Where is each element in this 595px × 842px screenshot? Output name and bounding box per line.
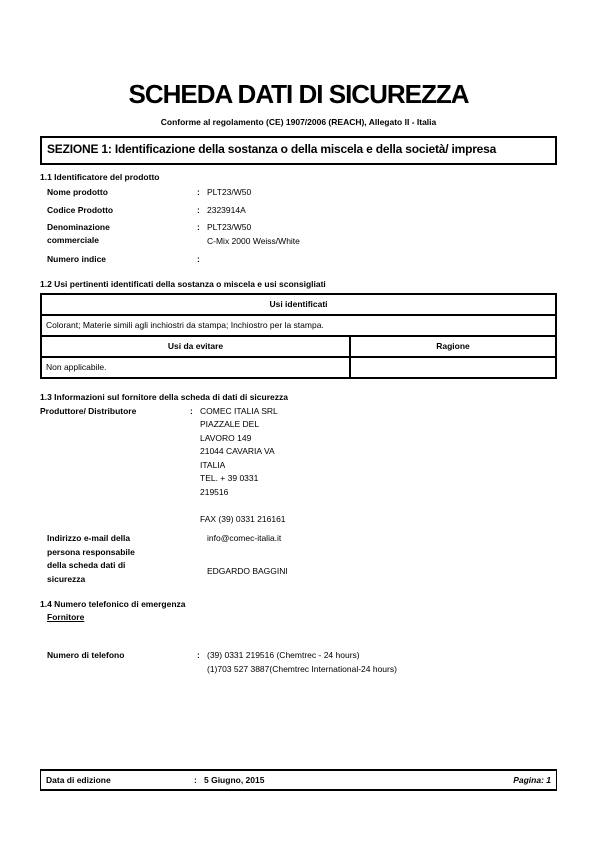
colon-separator: : bbox=[197, 204, 207, 217]
value-line: C-Mix 2000 Weiss/White bbox=[207, 235, 557, 249]
address-line: COMEC ITALIA SRL bbox=[200, 405, 557, 419]
field-numero-indice: Numero indice : bbox=[47, 253, 557, 266]
emergency-phone-block: (39) 0331 219516 (Chemtrec - 24 hours) (… bbox=[207, 649, 557, 676]
value-line: PLT23/W50 bbox=[207, 221, 557, 235]
section-1-heading-text: SEZIONE 1: Identificazione della sostanz… bbox=[47, 142, 496, 156]
subsection-1-2-heading: 1.2 Usi pertinenti identificati della so… bbox=[40, 279, 557, 289]
field-nome-prodotto: Nome prodotto : PLT23/W50 bbox=[47, 186, 557, 199]
field-value: PLT23/W50 C-Mix 2000 Weiss/White bbox=[207, 221, 557, 248]
field-label: Produttore/ Distributore bbox=[40, 405, 190, 418]
address-line: PIAZZALE DEL bbox=[200, 418, 557, 432]
field-label: Indirizzo e-mail della persona responsab… bbox=[47, 532, 197, 586]
responsible-person-name: EDGARDO BAGGINI bbox=[207, 565, 557, 579]
edition-date-value: 5 Giugno, 2015 bbox=[204, 775, 264, 785]
table-row: Colorant; Materie simili agli inchiostri… bbox=[41, 315, 556, 336]
field-value: PLT23/W50 bbox=[207, 186, 557, 199]
field-codice-prodotto: Codice Prodotto : 2323914A bbox=[47, 204, 557, 217]
field-numero-di-telefono: Numero di telefono : (39) 0331 219516 (C… bbox=[47, 649, 557, 676]
page-number: Pagina: 1 bbox=[513, 775, 551, 785]
sds-document-page: SCHEDA DATI DI SICUREZZA Conforme al reg… bbox=[0, 0, 595, 842]
subsection-1-4-heading: 1.4 Numero telefonico di emergenza bbox=[40, 599, 557, 609]
address-line: LAVORO 149 bbox=[200, 432, 557, 446]
uses-to-avoid-header-cell: Usi da evitare bbox=[41, 336, 350, 357]
address-line-blank bbox=[200, 499, 557, 513]
supplier-subheading: Fornitore bbox=[47, 612, 557, 622]
field-label: Numero indice bbox=[47, 253, 197, 266]
field-denominazione-commerciale: Denominazione commerciale : PLT23/W50 C-… bbox=[47, 221, 557, 248]
field-label: Codice Prodotto bbox=[47, 204, 197, 217]
page-title: SCHEDA DATI DI SICUREZZA bbox=[40, 80, 557, 109]
phone-line: (1)703 527 3887(Chemtrec International-2… bbox=[207, 663, 557, 677]
field-label: Numero di telefono bbox=[47, 649, 197, 662]
email-value-block: info@comec-italia.it EDGARDO BAGGINI bbox=[207, 532, 557, 578]
field-produttore-distributore: Produttore/ Distributore : COMEC ITALIA … bbox=[40, 405, 557, 527]
colon-separator: : bbox=[197, 221, 207, 234]
page-content: SCHEDA DATI DI SICUREZZA Conforme al reg… bbox=[40, 0, 557, 676]
field-label-text: Indirizzo e-mail della persona responsab… bbox=[47, 532, 152, 586]
field-email-responsabile: Indirizzo e-mail della persona responsab… bbox=[47, 532, 557, 586]
reason-value-cell bbox=[350, 357, 556, 378]
section-1-header: SEZIONE 1: Identificazione della sostanz… bbox=[40, 136, 557, 165]
uses-to-avoid-value-cell: Non applicabile. bbox=[41, 357, 350, 378]
field-label: Denominazione commerciale bbox=[47, 221, 197, 247]
address-line: TEL. + 39 0331 bbox=[200, 472, 557, 486]
table-row: Usi identificati bbox=[41, 294, 556, 315]
colon-separator: : bbox=[197, 253, 207, 266]
colon-separator: : bbox=[194, 775, 204, 785]
colon-separator: : bbox=[197, 649, 207, 662]
subsection-1-1-heading: 1.1 Identificatore del prodotto bbox=[40, 172, 557, 182]
identified-uses-value-cell: Colorant; Materie simili agli inchiostri… bbox=[41, 315, 556, 336]
producer-address-block: COMEC ITALIA SRL PIAZZALE DEL LAVORO 149… bbox=[200, 405, 557, 527]
address-line: 219516 bbox=[200, 486, 557, 500]
address-line: 21044 CAVARIA VA bbox=[200, 445, 557, 459]
field-label-text: Denominazione commerciale bbox=[47, 221, 137, 247]
phone-line: (39) 0331 219516 (Chemtrec - 24 hours) bbox=[207, 649, 557, 663]
doc-subtitle: Conforme al regolamento (CE) 1907/2006 (… bbox=[40, 117, 557, 127]
email-address: info@comec-italia.it bbox=[207, 532, 557, 546]
fax-line: FAX (39) 0331 216161 bbox=[200, 513, 557, 527]
reason-header-cell: Ragione bbox=[350, 336, 556, 357]
colon-separator: : bbox=[197, 186, 207, 199]
field-value: 2323914A bbox=[207, 204, 557, 217]
identified-uses-table: Usi identificati Colorant; Materie simil… bbox=[40, 293, 557, 379]
address-line: ITALIA bbox=[200, 459, 557, 473]
field-label: Nome prodotto bbox=[47, 186, 197, 199]
edition-date-label: Data di edizione bbox=[46, 775, 194, 785]
identified-uses-header-cell: Usi identificati bbox=[41, 294, 556, 315]
page-footer: Data di edizione : 5 Giugno, 2015 Pagina… bbox=[40, 769, 557, 791]
colon-separator: : bbox=[190, 405, 200, 418]
subsection-1-3-heading: 1.3 Informazioni sul fornitore della sch… bbox=[40, 392, 557, 402]
table-row: Usi da evitare Ragione bbox=[41, 336, 556, 357]
table-row: Non applicabile. bbox=[41, 357, 556, 378]
